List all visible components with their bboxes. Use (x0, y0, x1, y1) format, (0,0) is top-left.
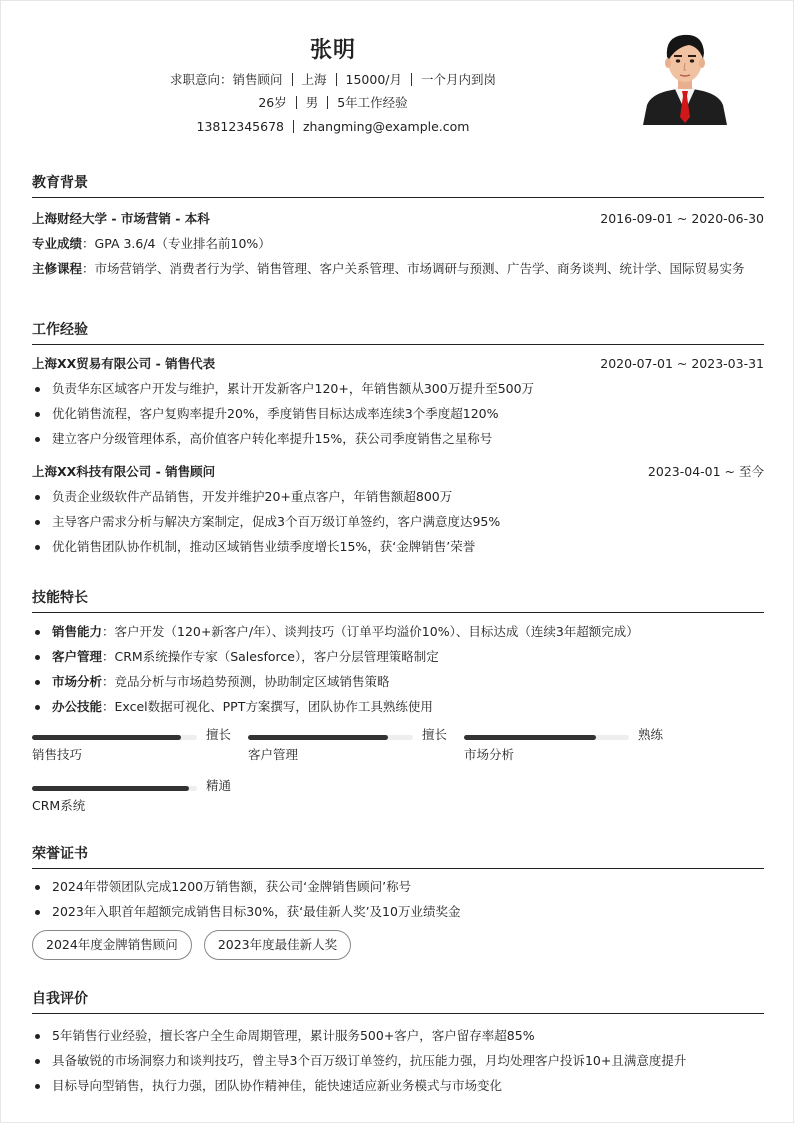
list-item: 具备敏锐的市场洞察力和谈判技巧，曾主导3个百万级订单签约，抗压能力强，月均处理客… (32, 1048, 764, 1073)
intent-availability: 一个月内到岗 (421, 72, 496, 87)
skill-level: 精通 (206, 777, 231, 795)
list-item: 销售能力：客户开发（120+新客户/年）、谈判技巧（订单平均溢价10%）、目标达… (32, 619, 764, 644)
separator (327, 96, 328, 109)
separator (336, 73, 337, 86)
list-item: 优化销售团队协作机制，推动区域销售业绩季度增长15%，获‘金牌销售’荣誉 (32, 534, 764, 559)
job-dates: 2023-04-01 ~ 至今 (648, 459, 764, 484)
skill-text: ：客户开发（120+新客户/年）、谈判技巧（订单平均溢价10%）、目标达成（连续… (102, 624, 639, 639)
gpa-value: ：GPA 3.6/4（专业排名前10%） (82, 236, 271, 251)
job-header: 上海XX贸易有限公司 - 销售代表 2020-07-01 ~ 2023-03-3… (32, 351, 764, 376)
job-entry: 上海XX贸易有限公司 - 销售代表 2020-07-01 ~ 2023-03-3… (32, 351, 764, 451)
skill-bar: 精通 CRM系统 (32, 780, 232, 824)
job-bullets: 负责华东区域客户开发与维护，累计开发新客户120+，年销售额从300万提升至50… (32, 376, 764, 451)
skills-list: 销售能力：客户开发（120+新客户/年）、谈判技巧（订单平均溢价10%）、目标达… (32, 619, 764, 719)
job-bullets: 负责企业级软件产品销售，开发并维护20+重点客户，年销售额超800万 主导客户需… (32, 484, 764, 559)
skill-fill (464, 735, 596, 740)
intent-label: 求职意向： (170, 72, 233, 87)
skill-name: 销售技巧 (32, 746, 82, 764)
avatar (637, 25, 733, 125)
skill-track (464, 735, 629, 740)
education-entry: 上海财经大学 - 市场营销 - 本科 2016-09-01 ~ 2020-06-… (32, 206, 764, 231)
section-title: 工作经验 (32, 321, 764, 345)
skill-name: 市场分析 (464, 746, 514, 764)
list-item: 目标导向型销售，执行力强，团队协作精神佳，能快速适应新业务模式与市场变化 (32, 1073, 764, 1098)
contact-line: 13812345678zhangming@example.com (1, 118, 665, 136)
intent-salary: 15000/月 (346, 72, 402, 87)
list-item: 2023年入职首年超额完成销售目标30%，获‘最佳新人奖’及10万业绩奖金 (32, 899, 764, 924)
list-item: 办公技能：Excel数据可视化、PPT方案撰写，团队协作工具熟练使用 (32, 694, 764, 719)
skill-level: 熟练 (638, 726, 663, 744)
list-item: 负责华东区域客户开发与维护，累计开发新客户120+，年销售额从300万提升至50… (32, 376, 764, 401)
skill-text: ：Excel数据可视化、PPT方案撰写，团队协作工具熟练使用 (102, 699, 433, 714)
section-title: 教育背景 (32, 174, 764, 198)
self-evaluation-list: 5年销售行业经验，擅长客户全生命周期管理，累计服务500+客户，客户留存率超85… (32, 1023, 764, 1098)
skill-track (32, 735, 197, 740)
gender: 男 (306, 95, 319, 110)
gpa-label: 专业成绩 (32, 236, 82, 251)
education-dates: 2016-09-01 ~ 2020-06-30 (600, 206, 764, 231)
section-title: 荣誉证书 (32, 845, 764, 869)
candidate-name: 张明 (1, 33, 665, 64)
list-item: 市场分析：竞品分析与市场趋势预测，协助制定区域销售策略 (32, 669, 764, 694)
skill-text: ：CRM系统操作专家（Salesforce），客户分层管理策略制定 (102, 649, 439, 664)
job-title: 上海XX科技有限公司 - 销售顾问 (32, 464, 215, 479)
skill-name: CRM系统 (32, 797, 85, 815)
courses-value: ：市场营销学、消费者行为学、销售管理、客户关系管理、市场调研与预测、广告学、商务… (82, 261, 745, 276)
section-title: 自我评价 (32, 990, 764, 1014)
experience-years: 5年工作经验 (337, 95, 407, 110)
skill-level: 擅长 (206, 726, 231, 744)
job-entry: 上海XX科技有限公司 - 销售顾问 2023-04-01 ~ 至今 负责企业级软… (32, 459, 764, 559)
experience-section: 工作经验 上海XX贸易有限公司 - 销售代表 2020-07-01 ~ 2023… (32, 321, 764, 559)
personal-info-line: 26岁男5年工作经验 (1, 94, 665, 112)
section-title: 技能特长 (32, 589, 764, 613)
skill-fill (32, 786, 189, 791)
skill-bars: 擅长 销售技巧 擅长 客户管理 熟练 市场分析 精通 CRM系统 (32, 729, 764, 819)
skill-track (32, 786, 197, 791)
courses-line: 主修课程：市场营销学、消费者行为学、销售管理、客户关系管理、市场调研与预测、广告… (32, 256, 764, 281)
skill-bar: 熟练 市场分析 (464, 729, 664, 773)
skill-label: 市场分析 (52, 674, 102, 689)
honors-list: 2024年带领团队完成1200万销售额，获公司‘金牌销售顾问’称号 2023年入… (32, 874, 764, 924)
skill-fill (32, 735, 181, 740)
skill-bar: 擅长 客户管理 (248, 729, 448, 773)
honor-badge: 2023年度最佳新人奖 (204, 930, 351, 960)
gpa-line: 专业成绩：GPA 3.6/4（专业排名前10%） (32, 231, 764, 256)
list-item: 2024年带领团队完成1200万销售额，获公司‘金牌销售顾问’称号 (32, 874, 764, 899)
list-item: 优化销售流程，客户复购率提升20%，季度销售目标达成率连续3个季度超120% (32, 401, 764, 426)
phone[interactable]: 13812345678 (197, 119, 284, 134)
skills-section: 技能特长 销售能力：客户开发（120+新客户/年）、谈判技巧（订单平均溢价10%… (32, 589, 764, 819)
self-evaluation-section: 自我评价 5年销售行业经验，擅长客户全生命周期管理，累计服务500+客户，客户留… (32, 990, 764, 1098)
courses-label: 主修课程 (32, 261, 82, 276)
avatar-photo-icon (637, 25, 733, 125)
list-item: 客户管理：CRM系统操作专家（Salesforce），客户分层管理策略制定 (32, 644, 764, 669)
honor-badges: 2024年度金牌销售顾问 2023年度最佳新人奖 (32, 930, 764, 960)
skill-label: 客户管理 (52, 649, 102, 664)
job-dates: 2020-07-01 ~ 2023-03-31 (600, 351, 764, 376)
resume-page: 张明 求职意向：销售顾问上海15000/月一个月内到岗 26岁男5年工作经验 1… (0, 0, 794, 1123)
school-degree: 上海财经大学 - 市场营销 - 本科 (32, 211, 210, 226)
job-title: 上海XX贸易有限公司 - 销售代表 (32, 356, 215, 371)
skill-fill (248, 735, 388, 740)
skill-label: 办公技能 (52, 699, 102, 714)
skill-label: 销售能力 (52, 624, 102, 639)
list-item: 5年销售行业经验，擅长客户全生命周期管理，累计服务500+客户，客户留存率超85… (32, 1023, 764, 1048)
skill-track (248, 735, 413, 740)
honor-badge: 2024年度金牌销售顾问 (32, 930, 192, 960)
skill-bar: 擅长 销售技巧 (32, 729, 232, 773)
education-section: 教育背景 上海财经大学 - 市场营销 - 本科 2016-09-01 ~ 202… (32, 174, 764, 281)
job-header: 上海XX科技有限公司 - 销售顾问 2023-04-01 ~ 至今 (32, 459, 764, 484)
intent-city: 上海 (302, 72, 327, 87)
skill-level: 擅长 (422, 726, 447, 744)
list-item: 建立客户分级管理体系，高价值客户转化率提升15%，获公司季度销售之星称号 (32, 426, 764, 451)
list-item: 负责企业级软件产品销售，开发并维护20+重点客户，年销售额超800万 (32, 484, 764, 509)
skill-text: ：竞品分析与市场趋势预测，协助制定区域销售策略 (102, 674, 390, 689)
skill-name: 客户管理 (248, 746, 298, 764)
intent-position: 销售顾问 (232, 72, 282, 87)
separator (293, 120, 294, 133)
separator (411, 73, 412, 86)
job-intent-line: 求职意向：销售顾问上海15000/月一个月内到岗 (1, 71, 665, 89)
list-item: 主导客户需求分析与解决方案制定，促成3个百万级订单签约，客户满意度达95% (32, 509, 764, 534)
separator (292, 73, 293, 86)
resume-header: 张明 求职意向：销售顾问上海15000/月一个月内到岗 26岁男5年工作经验 1… (1, 29, 794, 149)
separator (296, 96, 297, 109)
age: 26岁 (258, 95, 286, 110)
honors-section: 荣誉证书 2024年带领团队完成1200万销售额，获公司‘金牌销售顾问’称号 2… (32, 845, 764, 960)
email[interactable]: zhangming@example.com (303, 119, 469, 134)
